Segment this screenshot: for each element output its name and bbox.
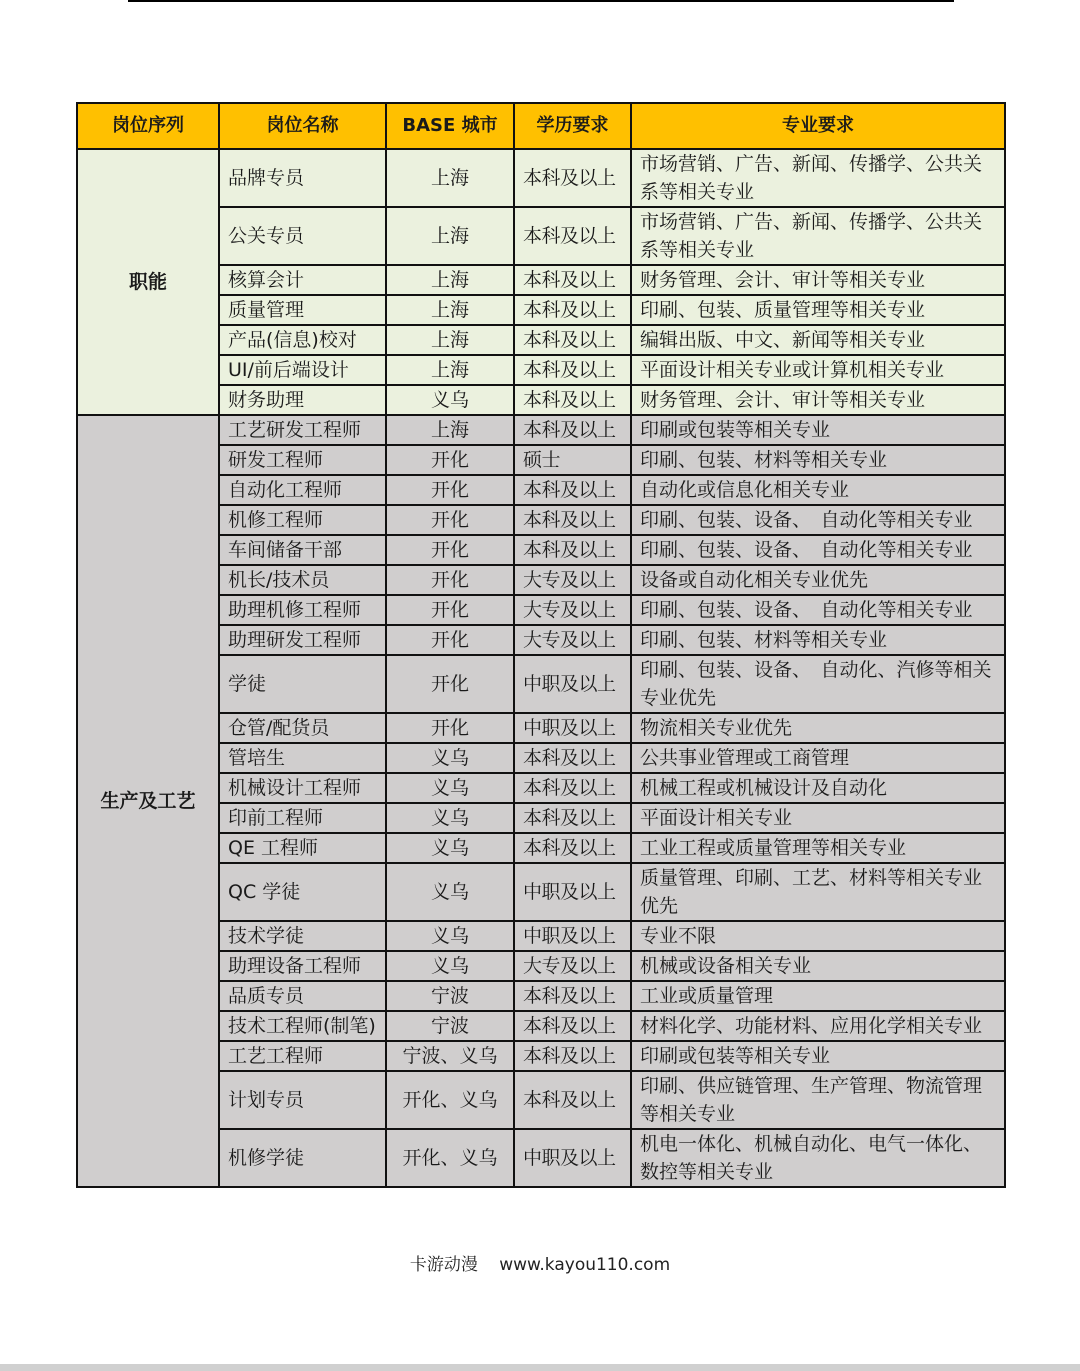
position-cell: UI/前后端设计	[219, 355, 386, 385]
position-cell: 技术工程师(制笔)	[219, 1011, 386, 1041]
category-cell: 生产及工艺	[77, 415, 219, 1187]
position-cell: 机修学徒	[219, 1129, 386, 1187]
education-cell: 大专及以上	[514, 565, 631, 595]
education-cell: 大专及以上	[514, 951, 631, 981]
footer: 卡游动漫 www.kayou110.com	[0, 1250, 1080, 1275]
major-cell: 印刷或包装等相关专业	[631, 1041, 1005, 1071]
city-cell: 开化	[386, 475, 514, 505]
education-cell: 中职及以上	[514, 713, 631, 743]
position-cell: 工艺研发工程师	[219, 415, 386, 445]
position-cell: 自动化工程师	[219, 475, 386, 505]
major-cell: 编辑出版、中文、新闻等相关专业	[631, 325, 1005, 355]
position-cell: 助理研发工程师	[219, 625, 386, 655]
education-cell: 本科及以上	[514, 149, 631, 207]
major-cell: 印刷、包装、设备、 自动化等相关专业	[631, 595, 1005, 625]
major-cell: 印刷、包装、材料等相关专业	[631, 625, 1005, 655]
position-cell: 仓管/配货员	[219, 713, 386, 743]
header-major: 专业要求	[631, 103, 1005, 149]
education-cell: 本科及以上	[514, 505, 631, 535]
major-cell: 印刷、包装、设备、 自动化等相关专业	[631, 505, 1005, 535]
position-cell: 技术学徒	[219, 921, 386, 951]
position-cell: 机修工程师	[219, 505, 386, 535]
city-cell: 义乌	[386, 773, 514, 803]
position-cell: 学徒	[219, 655, 386, 713]
city-cell: 义乌	[386, 921, 514, 951]
major-cell: 专业不限	[631, 921, 1005, 951]
top-divider	[128, 0, 954, 2]
education-cell: 大专及以上	[514, 595, 631, 625]
education-cell: 中职及以上	[514, 863, 631, 921]
header-category: 岗位序列	[77, 103, 219, 149]
city-cell: 开化	[386, 595, 514, 625]
position-cell: 机械设计工程师	[219, 773, 386, 803]
table-row: 职能品牌专员上海本科及以上市场营销、广告、新闻、传播学、公共关系等相关专业	[77, 149, 1005, 207]
city-cell: 开化	[386, 713, 514, 743]
city-cell: 开化、义乌	[386, 1071, 514, 1129]
education-cell: 本科及以上	[514, 265, 631, 295]
major-cell: 机械工程或机械设计及自动化	[631, 773, 1005, 803]
header-position: 岗位名称	[219, 103, 386, 149]
table-row: 生产及工艺工艺研发工程师上海本科及以上印刷或包装等相关专业	[77, 415, 1005, 445]
position-cell: 财务助理	[219, 385, 386, 415]
position-cell: 产品(信息)校对	[219, 325, 386, 355]
major-cell: 公共事业管理或工商管理	[631, 743, 1005, 773]
education-cell: 本科及以上	[514, 1041, 631, 1071]
position-cell: 计划专员	[219, 1071, 386, 1129]
education-cell: 本科及以上	[514, 803, 631, 833]
major-cell: 印刷或包装等相关专业	[631, 415, 1005, 445]
category-cell: 职能	[77, 149, 219, 415]
city-cell: 开化	[386, 625, 514, 655]
major-cell: 平面设计相关专业	[631, 803, 1005, 833]
major-cell: 市场营销、广告、新闻、传播学、公共关系等相关专业	[631, 207, 1005, 265]
position-cell: 机长/技术员	[219, 565, 386, 595]
education-cell: 本科及以上	[514, 415, 631, 445]
major-cell: 印刷、包装、设备、 自动化等相关专业	[631, 535, 1005, 565]
position-cell: 质量管理	[219, 295, 386, 325]
major-cell: 印刷、供应链管理、生产管理、物流管理等相关专业	[631, 1071, 1005, 1129]
education-cell: 本科及以上	[514, 981, 631, 1011]
city-cell: 上海	[386, 325, 514, 355]
major-cell: 机械或设备相关专业	[631, 951, 1005, 981]
major-cell: 印刷、包装、设备、 自动化、汽修等相关专业优先	[631, 655, 1005, 713]
education-cell: 大专及以上	[514, 625, 631, 655]
education-cell: 本科及以上	[514, 833, 631, 863]
city-cell: 义乌	[386, 803, 514, 833]
city-cell: 义乌	[386, 385, 514, 415]
city-cell: 上海	[386, 149, 514, 207]
education-cell: 本科及以上	[514, 295, 631, 325]
city-cell: 宁波、义乌	[386, 1041, 514, 1071]
header-education: 学历要求	[514, 103, 631, 149]
city-cell: 义乌	[386, 833, 514, 863]
major-cell: 质量管理、印刷、工艺、材料等相关专业优先	[631, 863, 1005, 921]
education-cell: 本科及以上	[514, 207, 631, 265]
major-cell: 自动化或信息化相关专业	[631, 475, 1005, 505]
education-cell: 本科及以上	[514, 385, 631, 415]
city-cell: 开化	[386, 535, 514, 565]
position-cell: 研发工程师	[219, 445, 386, 475]
city-cell: 宁波	[386, 981, 514, 1011]
city-cell: 义乌	[386, 743, 514, 773]
position-cell: 助理机修工程师	[219, 595, 386, 625]
city-cell: 上海	[386, 415, 514, 445]
city-cell: 上海	[386, 295, 514, 325]
major-cell: 物流相关专业优先	[631, 713, 1005, 743]
footer-url: www.kayou110.com	[499, 1255, 670, 1275]
education-cell: 中职及以上	[514, 1129, 631, 1187]
major-cell: 印刷、包装、质量管理等相关专业	[631, 295, 1005, 325]
major-cell: 材料化学、功能材料、应用化学相关专业	[631, 1011, 1005, 1041]
major-cell: 工业工程或质量管理等相关专业	[631, 833, 1005, 863]
position-cell: 助理设备工程师	[219, 951, 386, 981]
major-cell: 财务管理、会计、审计等相关专业	[631, 265, 1005, 295]
major-cell: 印刷、包装、材料等相关专业	[631, 445, 1005, 475]
major-cell: 市场营销、广告、新闻、传播学、公共关系等相关专业	[631, 149, 1005, 207]
position-cell: 工艺工程师	[219, 1041, 386, 1071]
position-cell: 品牌专员	[219, 149, 386, 207]
position-cell: 公关专员	[219, 207, 386, 265]
major-cell: 机电一体化、机械自动化、电气一体化、数控等相关专业	[631, 1129, 1005, 1187]
major-cell: 工业或质量管理	[631, 981, 1005, 1011]
major-cell: 设备或自动化相关专业优先	[631, 565, 1005, 595]
education-cell: 本科及以上	[514, 475, 631, 505]
city-cell: 开化、义乌	[386, 1129, 514, 1187]
city-cell: 上海	[386, 207, 514, 265]
position-cell: 品质专员	[219, 981, 386, 1011]
position-cell: 车间储备干部	[219, 535, 386, 565]
city-cell: 上海	[386, 355, 514, 385]
city-cell: 上海	[386, 265, 514, 295]
position-cell: QC 学徒	[219, 863, 386, 921]
education-cell: 本科及以上	[514, 773, 631, 803]
position-cell: 印前工程师	[219, 803, 386, 833]
position-cell: QE 工程师	[219, 833, 386, 863]
table-header-row: 岗位序列 岗位名称 BASE 城市 学历要求 专业要求	[77, 103, 1005, 149]
city-cell: 开化	[386, 655, 514, 713]
city-cell: 义乌	[386, 863, 514, 921]
bottom-bar	[0, 1364, 1080, 1371]
education-cell: 本科及以上	[514, 535, 631, 565]
education-cell: 中职及以上	[514, 655, 631, 713]
city-cell: 开化	[386, 445, 514, 475]
major-cell: 平面设计相关专业或计算机相关专业	[631, 355, 1005, 385]
education-cell: 硕士	[514, 445, 631, 475]
education-cell: 本科及以上	[514, 355, 631, 385]
education-cell: 本科及以上	[514, 743, 631, 773]
position-cell: 管培生	[219, 743, 386, 773]
position-cell: 核算会计	[219, 265, 386, 295]
education-cell: 本科及以上	[514, 1071, 631, 1129]
city-cell: 义乌	[386, 951, 514, 981]
education-cell: 本科及以上	[514, 1011, 631, 1041]
footer-brand: 卡游动漫	[410, 1255, 478, 1275]
job-positions-table: 岗位序列 岗位名称 BASE 城市 学历要求 专业要求 职能品牌专员上海本科及以…	[76, 102, 1006, 1188]
education-cell: 中职及以上	[514, 921, 631, 951]
city-cell: 宁波	[386, 1011, 514, 1041]
header-city: BASE 城市	[386, 103, 514, 149]
education-cell: 本科及以上	[514, 325, 631, 355]
city-cell: 开化	[386, 505, 514, 535]
major-cell: 财务管理、会计、审计等相关专业	[631, 385, 1005, 415]
city-cell: 开化	[386, 565, 514, 595]
